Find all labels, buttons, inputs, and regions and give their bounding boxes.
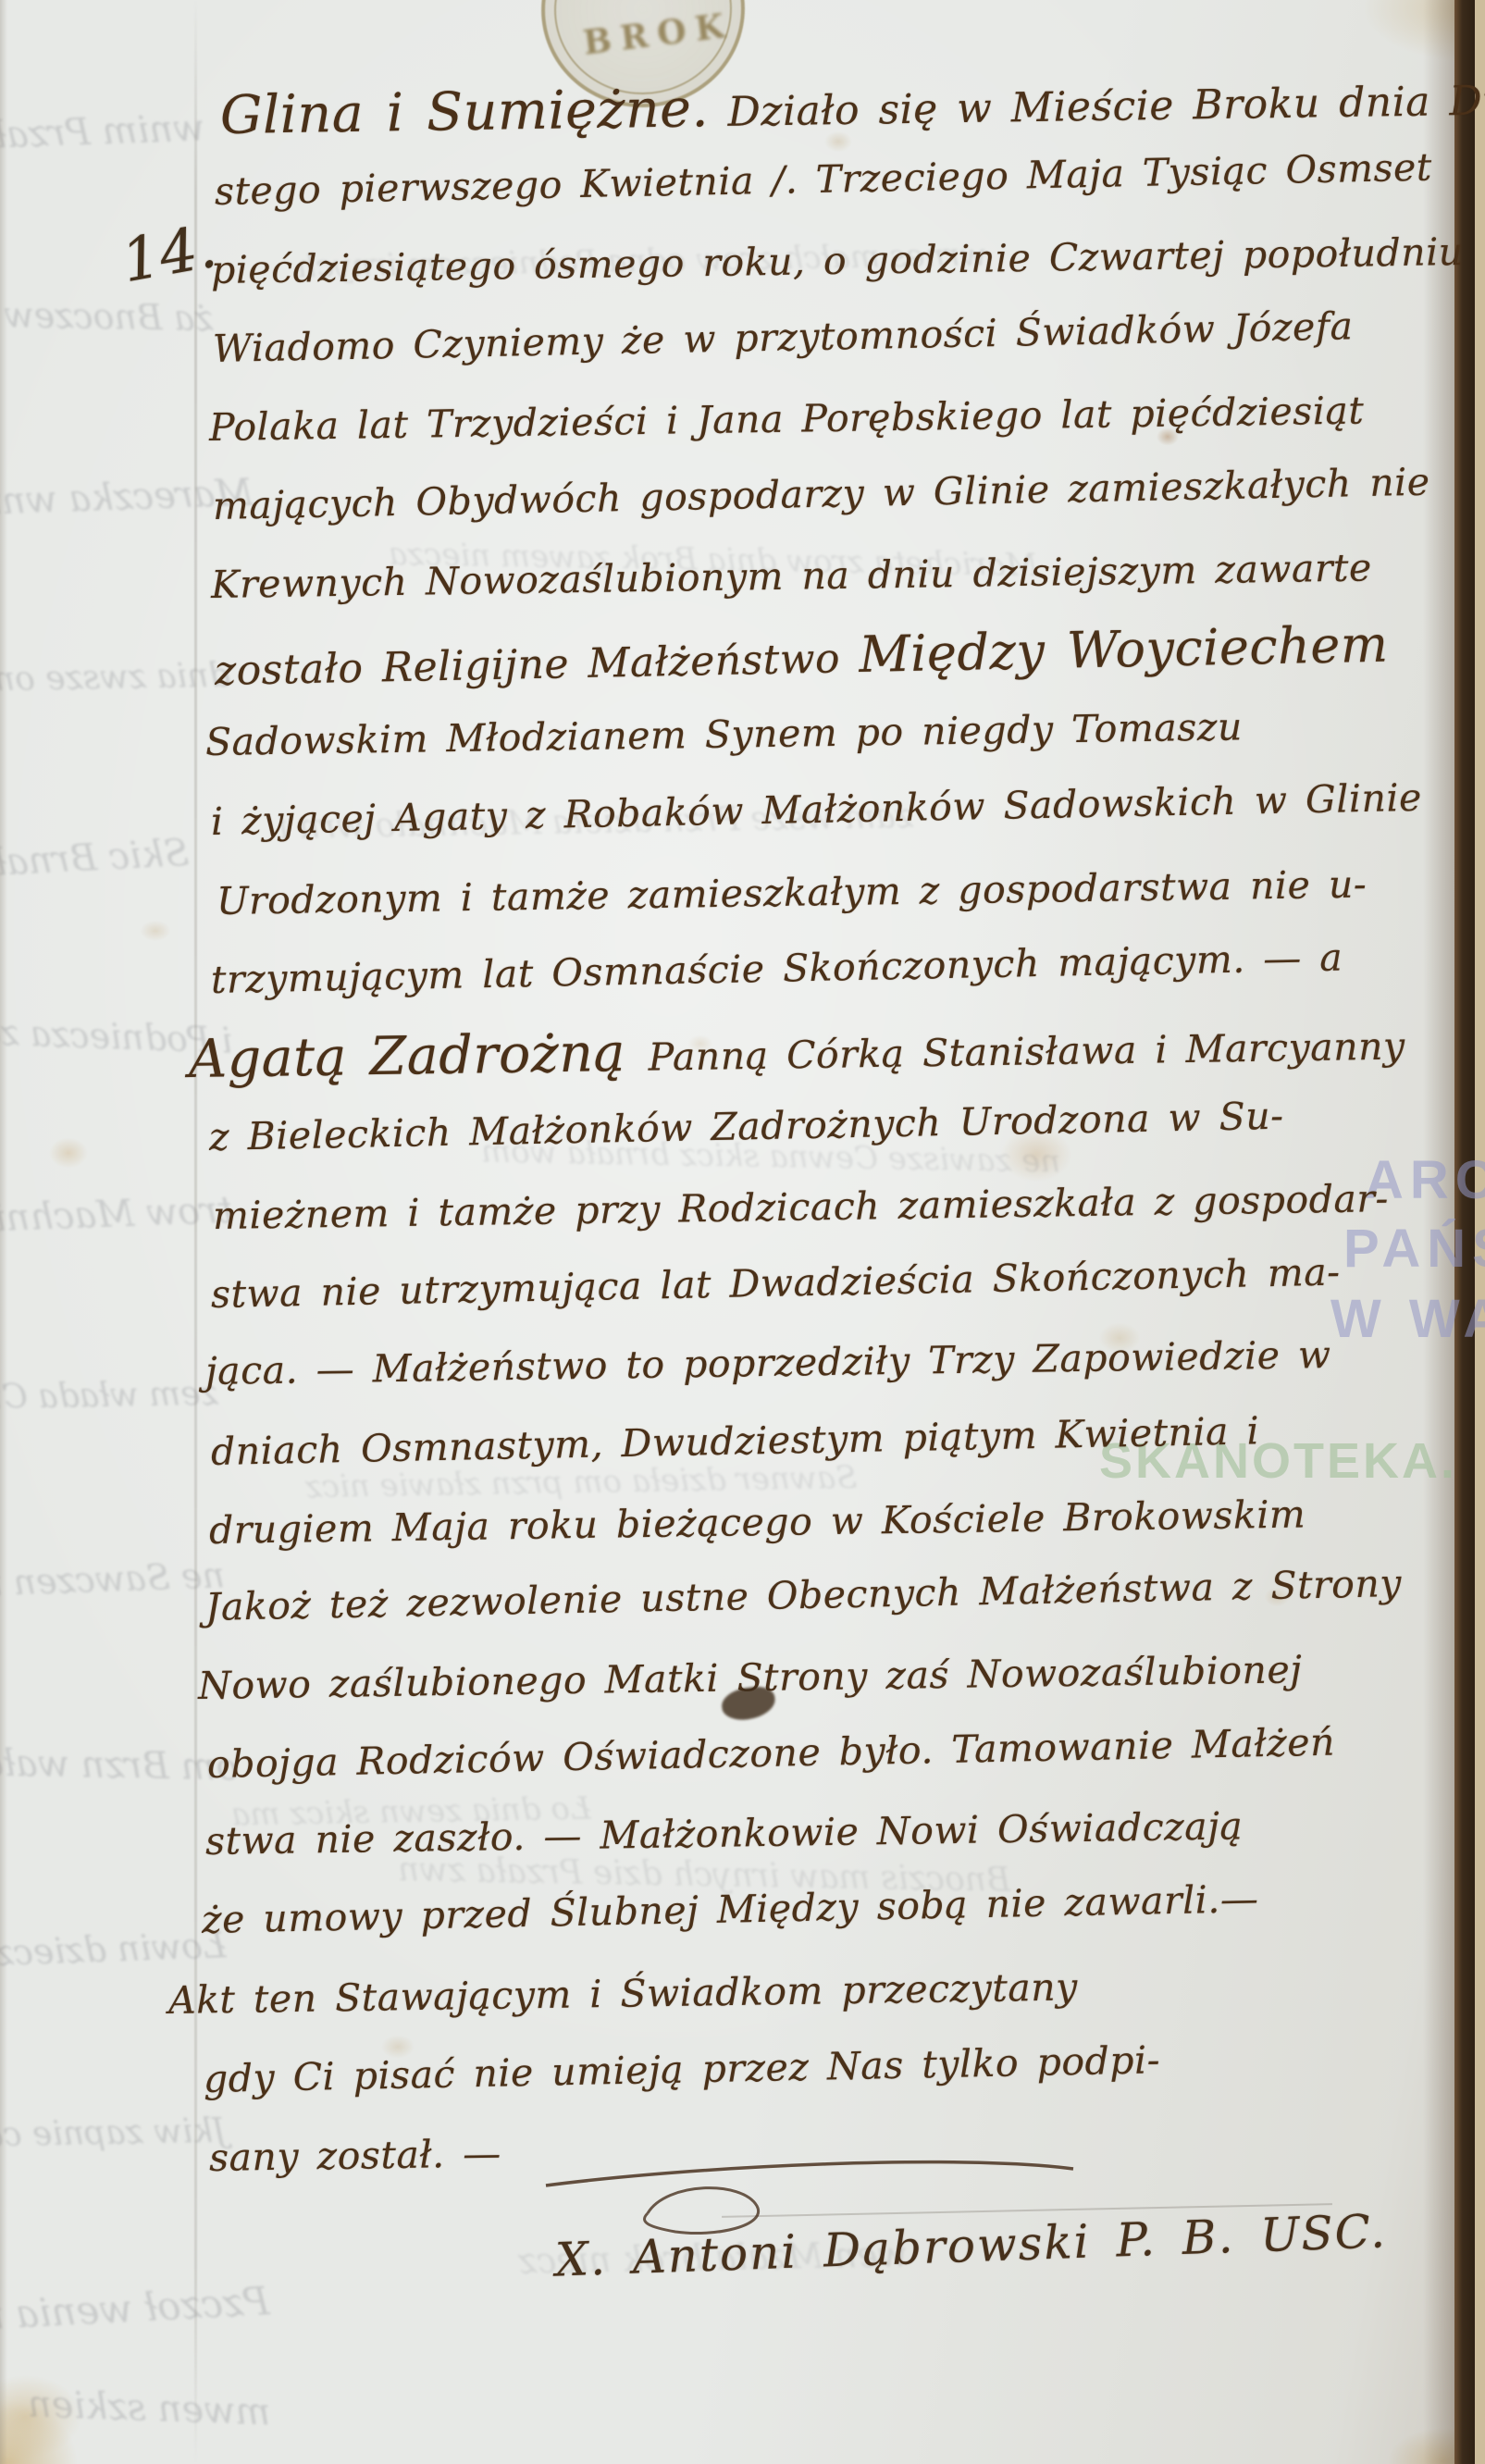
text-line: Wiadomo Czyniemy że w przytomności Świad… (213, 303, 1354, 371)
line-segment: Strony zaś Nowozaślubionej (736, 1647, 1303, 1700)
text-line: Polaka lat Trzydzieści i Jana Porębskieg… (209, 388, 1365, 450)
text-line: Sadowskim Młodzianem Synem po niegdy Tom… (205, 704, 1243, 764)
bleedthrough-text: zem włada Cr (0, 1375, 218, 1417)
watermark-archive-line: PAŃS (1343, 1218, 1485, 1280)
text-line: gdy Ci pisać nie umieją przez Nas tylko … (204, 2037, 1161, 2101)
line-segment: Wiadomo Czyniemy że w przytomności Świad… (213, 303, 1354, 371)
line-segment: Urodzonym i tamże zamieszkałym z gospoda… (217, 862, 1367, 923)
text-line: jąca. — Małżeństwo to poprzedziły Trzy Z… (205, 1332, 1331, 1393)
bleedthrough-text: Pzczoł wenia i (0, 2278, 270, 2338)
text-line: Glina i Sumiężne. Działo się w Mieście B… (220, 64, 1485, 146)
line-segment: Jakoż też zezwolenie ustne Obecnych Małż… (205, 1561, 1403, 1629)
line-segment: Między Woyciechem (859, 615, 1389, 684)
text-line: trzymującym lat Osmnaście Skończonych ma… (211, 935, 1343, 1002)
text-line: mających Obydwóch gospodarzy w Glinie za… (213, 460, 1430, 528)
line-segment: mieżnem i tamże przy Rodzicach zamieszka… (213, 1176, 1389, 1238)
line-segment: zostało Religijne Małżeństwo (215, 635, 860, 695)
text-line: sany został. — (209, 2131, 501, 2180)
bleedthrough-text: ne Sawczen ir (0, 1554, 226, 1603)
line-segment: trzymującym lat Osmnaście Skończonych ma… (211, 935, 1343, 1002)
line-segment: Agatą Zadrożną (189, 1022, 650, 1090)
text-line: Urodzonym i tamże zamieszkałym z gospoda… (217, 862, 1367, 923)
signature-flourish (481, 2128, 1129, 2313)
bleedthrough-text: om Brzn wała (0, 1742, 239, 1789)
line-segment: stego pierwszego Kwietnia /. Trzeciego M… (215, 145, 1433, 214)
line-segment: jąca. — Małżeństwo to poprzedziły Trzy Z… (205, 1332, 1331, 1393)
watermark-archive-line: W WA (1330, 1288, 1485, 1350)
bleedthrough-text: wnim Przała (0, 107, 205, 158)
bleedthrough-text: Łowin dzieczn (0, 1925, 227, 1975)
line-segment: Polaka lat Trzydzieści i Jana Porębskieg… (209, 388, 1365, 450)
text-line: że umowy przed Ślubnej Między sobą nie z… (202, 1876, 1259, 1942)
line-segment: Nowo zaślubionego Matki (198, 1655, 737, 1708)
text-line: Agatą Zadrożną Panną Córką Stanisława i … (189, 1011, 1406, 1090)
bleedthrough-text: Jkiw zapnie ca (0, 2112, 227, 2155)
line-segment: pięćdziesiątego ósmego roku, o godzinie … (211, 229, 1464, 292)
bleedthrough-text: Skic Brnała (0, 832, 191, 885)
bleedthrough-text: mwen szkien (27, 2383, 271, 2433)
text-line: Krewnych Nowozaślubionym na dniu dzisiej… (211, 545, 1372, 607)
bleedthrough-text: trow Machnie (0, 1189, 233, 1241)
act-number: 14. (117, 213, 221, 297)
text-line: obojga Rodziców Oświadczone było. Tamowa… (207, 1720, 1336, 1787)
page-left-edge-shadow (0, 0, 7, 2464)
line-segment: gdy Ci pisać nie umieją przez Nas tylko … (204, 2037, 1161, 2101)
margin-fold-line (194, 0, 197, 2464)
text-line: stego pierwszego Kwietnia /. Trzeciego M… (215, 145, 1433, 214)
line-segment: obojga Rodziców Oświadczone było. Tamowa… (207, 1720, 1336, 1787)
text-line: stwa nie utrzymująca lat Dwadzieścia Sko… (211, 1250, 1341, 1317)
line-segment: Akt ten Stawającym i Świadkom przeczytan… (168, 1964, 1078, 2023)
scanned-document-page: wnim Przała ża Bnoczew i Mareczka wnio d… (0, 0, 1485, 2464)
line-segment: Działo się w Mieście Broku dnia Dwudzie- (709, 75, 1485, 136)
line-segment: Krewnych Nowozaślubionym na dniu dzisiej… (211, 545, 1372, 607)
line-segment: że umowy przed Ślubnej Między sobą nie z… (202, 1876, 1259, 1942)
line-segment: mających Obydwóch gospodarzy w Glinie za… (213, 460, 1430, 528)
text-line: zostało Religijne Małżeństwo Między Woyc… (214, 615, 1389, 697)
line-segment: Glina i Sumiężne. (220, 78, 710, 146)
line-segment: stwa nie utrzymująca lat Dwadzieścia Sko… (211, 1250, 1341, 1317)
text-line: mieżnem i tamże przy Rodzicach zamieszka… (213, 1176, 1389, 1238)
line-segment: Sadowskim Młodzianem Synem po niegdy Tom… (205, 704, 1243, 764)
text-line: Akt ten Stawającym i Świadkom przeczytan… (168, 1964, 1078, 2023)
line-segment: sany został. — (209, 2131, 501, 2180)
line-segment: Panną Córką Stanisława i Marcyanny (648, 1023, 1405, 1079)
text-line: Jakoż też zezwolenie ustne Obecnych Małż… (205, 1561, 1403, 1629)
text-line: pięćdziesiątego ósmego roku, o godzinie … (211, 229, 1464, 292)
bleedthrough-text: ża Bnoczew i (0, 294, 214, 339)
